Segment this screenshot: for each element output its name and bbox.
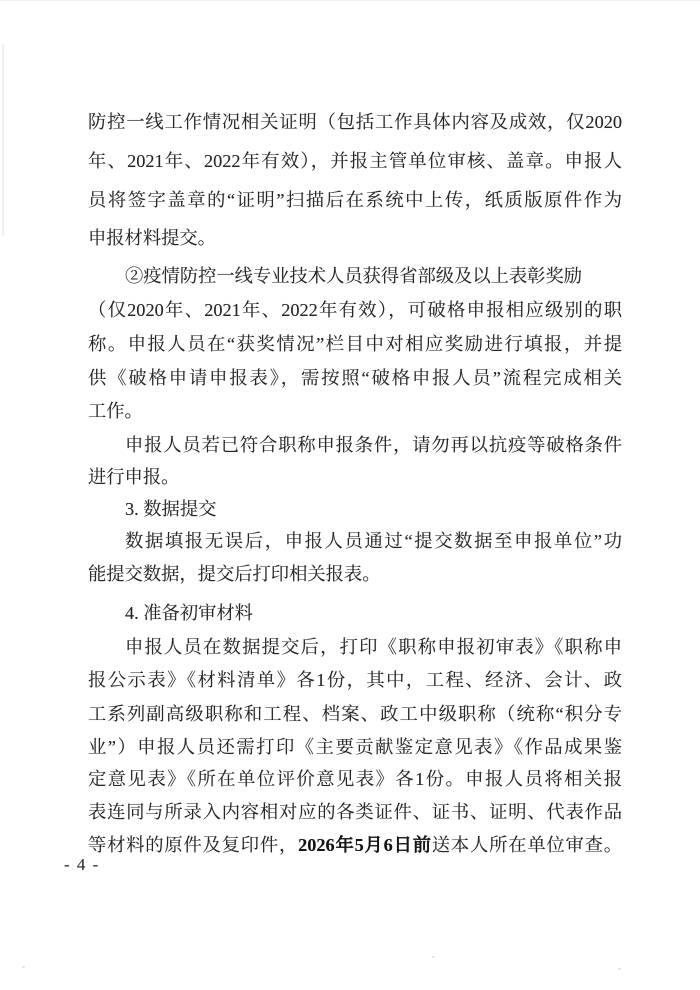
body-text-run: 申报人员在数据提交后，打印《职称申报初审表》《职称申 [125,637,622,657]
body-text-run: 能提交数据，提交后打印相关报表。 [88,564,381,584]
text-line: 业”）申报人员还需打印《主要贡献鉴定意见表》《作品成果鉴 [88,734,622,760]
body-text-run: 称。申报人员在“获奖情况”栏目中对相应奖励进行填报，并提 [88,334,622,354]
body-text-run: 送本人所在单位审查。 [432,835,622,855]
text-line: 数据填报无误后，申报人员通过“提交数据至申报单位”功 [88,528,622,554]
body-text-run: 等材料的原件及复印件， [88,835,298,855]
body-text-run: 工作。 [88,401,143,421]
body-text-run: 4. 准备初审材料 [125,603,253,623]
text-line: 3. 数据提交 [88,496,622,522]
body-text-run: 员将签字盖章的“证明”扫描后在系统中上传，纸质版原件作为 [88,190,622,210]
scan-noise-speck [22,966,25,968]
text-line: 定意见表》《所在单位评价意见表》各1份。申报人员将相关报 [88,766,622,792]
text-line: 供《破格申请申报表》，需按照“破格申报人员”流程完成相关 [88,365,622,391]
body-text-run: 进行申报。 [88,467,179,487]
text-line: 表连同与所录入内容相对应的各类证件、证书、证明、代表作品 [88,799,622,825]
document-page: 防控一线工作情况相关证明（包括工作具体内容及成效，仅2020年、2021年、20… [0,0,700,990]
text-line: 申报人员若已符合职称申报条件，请勿再以抗疫等破格条件 [88,432,622,458]
body-text-run: 工系列副高级职称和工程、档案、政工中级职称（统称“积分专 [88,704,622,724]
text-line: 进行申报。 [88,464,622,490]
text-line: 防控一线工作情况相关证明（包括工作具体内容及成效，仅2020 [88,109,622,135]
text-line: 工作。 [88,398,622,424]
deadline-bold-text: 2026年5月6日前 [298,835,432,855]
body-text-run: 供《破格申请申报表》，需按照“破格申报人员”流程完成相关 [88,368,622,388]
page-number: - 4 - [64,853,100,877]
body-text-run: 3. 数据提交 [125,499,216,519]
text-line: 能提交数据，提交后打印相关报表。 [88,561,622,587]
body-text-run: 申报人员若已符合职称申报条件，请勿再以抗疫等破格条件 [125,435,622,455]
body-text-run: 业”）申报人员还需打印《主要贡献鉴定意见表》《作品成果鉴 [88,737,622,757]
text-line: （仅2020年、2021年、2022年有效），可破格申报相应级别的职 [88,297,622,323]
text-line: 等材料的原件及复印件，2026年5月6日前送本人所在单位审查。 [88,832,622,858]
text-line: 员将签字盖章的“证明”扫描后在系统中上传，纸质版原件作为 [88,187,622,213]
body-text-run: 申报材料提交。 [88,228,216,248]
page-body: 防控一线工作情况相关证明（包括工作具体内容及成效，仅2020年、2021年、20… [0,0,700,990]
body-text-run: 数据填报无误后，申报人员通过“提交数据至申报单位”功 [125,531,622,551]
text-line: ②疫情防控一线专业技术人员获得省部级及以上表彰奖励 [88,263,622,289]
body-text-run: ②疫情防控一线专业技术人员获得省部级及以上表彰奖励 [125,266,582,286]
scan-noise-speck [432,956,435,958]
text-line: 报公示表》《材料清单》各1份，其中，工程、经济、会计、政 [88,667,622,693]
text-line: 4. 准备初审材料 [88,600,622,626]
text-line: 工系列副高级职称和工程、档案、政工中级职称（统称“积分专 [88,701,622,727]
body-text-run: （仅2020年、2021年、2022年有效），可破格申报相应级别的职 [88,300,622,320]
text-line: 申报材料提交。 [88,225,622,251]
text-line: 年、2021年、2022年有效），并报主管单位审核、盖章。申报人 [88,148,622,174]
text-line: 申报人员在数据提交后，打印《职称申报初审表》《职称申 [88,634,622,660]
body-text-run: 防控一线工作情况相关证明（包括工作具体内容及成效，仅2020 [88,112,622,132]
text-line: 称。申报人员在“获奖情况”栏目中对相应奖励进行填报，并提 [88,331,622,357]
body-text-run: 定意见表》《所在单位评价意见表》各1份。申报人员将相关报 [88,769,622,789]
body-text-run: 年、2021年、2022年有效），并报主管单位审核、盖章。申报人 [88,151,622,171]
body-text-run: 报公示表》《材料清单》各1份，其中，工程、经济、会计、政 [88,670,622,690]
scan-noise-speck [618,968,621,970]
body-text-run: 表连同与所录入内容相对应的各类证件、证书、证明、代表作品 [88,802,622,822]
